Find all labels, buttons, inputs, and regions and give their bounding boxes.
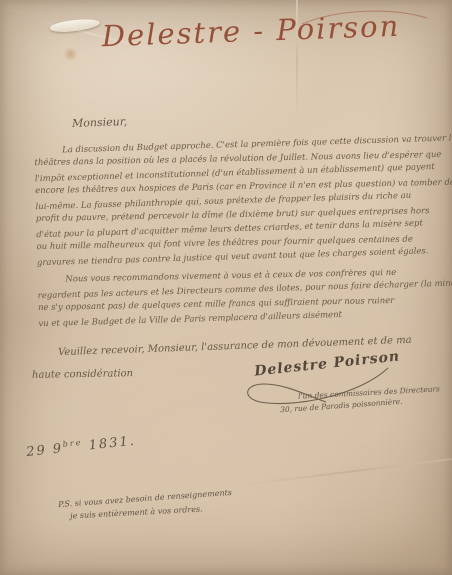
- letter-body: La discussion du Budget approche. C'est …: [34, 133, 450, 330]
- letter-photo: Delestre - Poirson Monsieur, La discussi…: [0, 0, 452, 575]
- title-flourish-stroke: [300, 6, 430, 30]
- salutation: Monsieur,: [72, 115, 128, 130]
- date-day: 29: [26, 443, 48, 460]
- date-month-suffix: bre: [62, 438, 83, 449]
- closing-line: haute considération: [32, 368, 133, 381]
- paper-stain: [63, 47, 78, 61]
